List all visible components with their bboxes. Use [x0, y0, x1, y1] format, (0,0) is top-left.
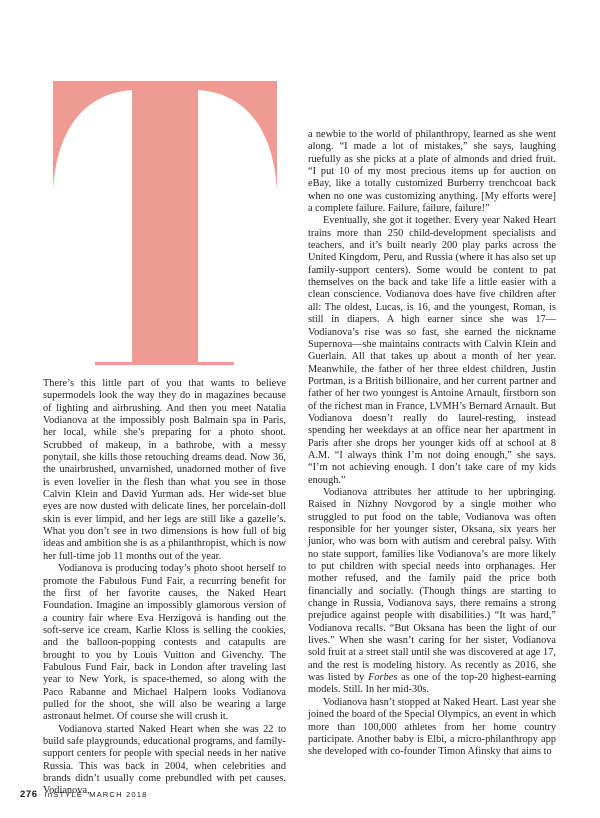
- magazine-name: InSTYLE: [45, 790, 83, 799]
- drop-cap-letter-t: [53, 81, 277, 365]
- paragraph: Vodianova is producing today’s photo sho…: [43, 563, 286, 723]
- article-right-column: a newbie to the world of philanthropy, l…: [308, 129, 556, 759]
- paragraph: Vodianova attributes her attitude to her…: [308, 487, 556, 697]
- drop-cap-glyph: [53, 81, 277, 365]
- paragraph-text: Vodianova attributes her attitude to her…: [308, 487, 556, 683]
- paragraph-lead: There’s this little part of you that wan…: [43, 378, 286, 563]
- page-number: 276: [20, 789, 38, 800]
- page-footer: 276InSTYLEMARCH 2018: [20, 784, 147, 802]
- issue-date: MARCH 2018: [89, 790, 147, 799]
- paragraph: Eventually, she got it together. Every y…: [308, 215, 556, 487]
- forbes-italic-text: Forbes: [368, 672, 397, 683]
- magazine-page: There’s this little part of you that wan…: [0, 0, 600, 818]
- paragraph: Vodianova hasn’t stopped at Naked Heart.…: [308, 697, 556, 759]
- article-left-column: There’s this little part of you that wan…: [43, 81, 286, 798]
- paragraph-continuation: a newbie to the world of philanthropy, l…: [308, 129, 556, 215]
